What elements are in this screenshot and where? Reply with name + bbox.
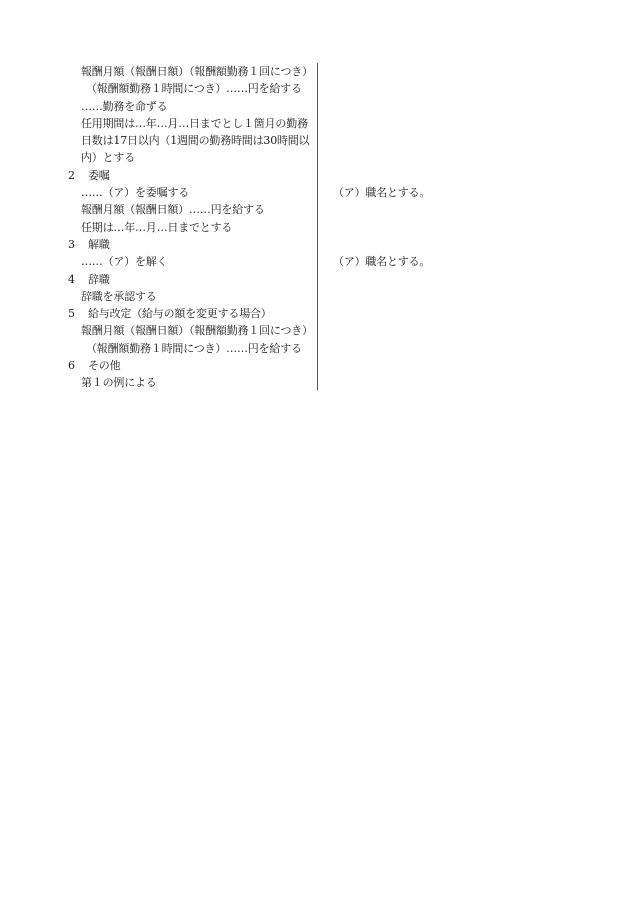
section1-line-6: 内）とする <box>66 149 316 166</box>
section-number: 5 <box>68 305 88 322</box>
section-title: 委嘱 <box>88 169 110 182</box>
commission-line-3: 任期は…年…月…日までとする <box>66 219 316 236</box>
section-number: 2 <box>68 167 88 184</box>
other-line-1: 第１の例による <box>66 374 316 391</box>
section-title: 辞職 <box>88 273 110 286</box>
column-divider <box>317 63 318 390</box>
section-heading-other: 6その他 <box>66 357 316 374</box>
dismissal-note: （ア）職名とする。 <box>333 253 533 270</box>
section1-line-2: （報酬額勤務１時間につき）……円を給する <box>66 80 316 97</box>
resignation-line-1: 辞職を承認する <box>66 288 316 305</box>
section-heading-commission: 2委嘱 <box>66 167 316 184</box>
section-number: 6 <box>68 357 88 374</box>
section-heading-salary-revision: 5給与改定（給与の額を変更する場合） <box>66 305 316 322</box>
dismissal-line-1: ……（ア）を解く <box>66 253 316 270</box>
commission-line-2: 報酬月額（報酬日額）……円を給する <box>66 201 316 218</box>
section1-line-3: ……勤務を命ずる <box>66 98 316 115</box>
section-title: 給与改定（給与の額を変更する場合） <box>88 307 272 320</box>
main-text-column: 報酬月額（報酬日額）（報酬額勤務１回につき） （報酬額勤務１時間につき）……円を… <box>66 63 316 392</box>
document-page: 報酬月額（報酬日額）（報酬額勤務１回につき） （報酬額勤務１時間につき）……円を… <box>0 0 630 903</box>
commission-note: （ア）職名とする。 <box>333 184 533 201</box>
section-title: 解職 <box>88 238 110 251</box>
section1-line-5: 日数は17日以内（1週間の勤務時間は30時間以 <box>66 132 316 149</box>
section-heading-resignation: 4辞職 <box>66 271 316 288</box>
section1-line-1: 報酬月額（報酬日額）（報酬額勤務１回につき） <box>66 63 316 80</box>
section-number: 4 <box>68 271 88 288</box>
section-heading-dismissal: 3解職 <box>66 236 316 253</box>
section1-line-4: 任用期間は…年…月…日までとし１箇月の勤務 <box>66 115 316 132</box>
section-number: 3 <box>68 236 88 253</box>
salary-revision-line-2: （報酬額勤務１時間につき）……円を給する <box>66 340 316 357</box>
salary-revision-line-1: 報酬月額（報酬日額）（報酬額勤務１回につき） <box>66 322 316 339</box>
commission-line-1: ……（ア）を委嘱する <box>66 184 316 201</box>
notes-column: （ア）職名とする。 （ア）職名とする。 <box>333 63 533 271</box>
section-title: その他 <box>88 359 120 372</box>
